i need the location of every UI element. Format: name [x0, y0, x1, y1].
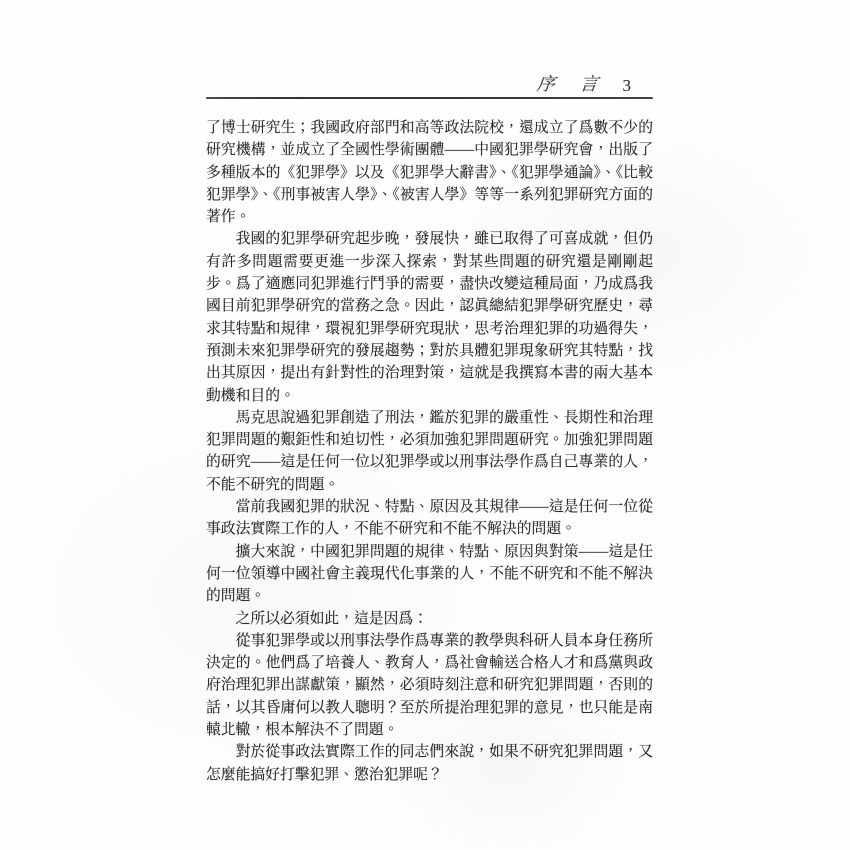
paragraph: 擴大來說，中國犯罪問題的規律、特點、原因與對策——這是任何一位領導中國社會主義現…: [206, 541, 653, 608]
paragraph: 馬克思說過犯罪創造了刑法，鑑於犯罪的嚴重性、長期性和治理犯罪問題的艱鉅性和迫切性…: [206, 407, 653, 496]
paragraph: 對於從事政法實際工作的同志們來說，如果不研究犯罪問題，又怎麼能搞好打擊犯罪、懲治…: [206, 741, 653, 786]
page-number: 3: [623, 76, 632, 96]
header-rule: [206, 97, 653, 99]
section-title-char-2: 言: [578, 70, 600, 96]
body-text-block: 了博士研究生；我國政府部門和高等政法院校，還成立了爲數不少的研究機構，並成立了全…: [206, 117, 653, 786]
section-title-char-1: 序: [535, 70, 557, 96]
running-head: 序 言 3: [207, 72, 653, 96]
paragraph: 了博士研究生；我國政府部門和高等政法院校，還成立了爲數不少的研究機構，並成立了全…: [206, 117, 653, 228]
paragraph: 我國的犯罪學研究起步晚，發展快，雖已取得了可喜成就，但仍有許多問題需要更進一步深…: [206, 228, 653, 406]
paragraph: 當前我國犯罪的狀況、特點、原因及其規律——這是任何一位從事政法實際工作的人，不能…: [206, 496, 653, 541]
paragraph: 之所以必須如此，這是因爲：: [206, 608, 653, 630]
paragraph: 從事犯罪學或以刑事法學作爲專業的教學與科研人員本身任務所決定的。他們爲了培養人、…: [206, 630, 653, 741]
scanned-book-page: 序 言 3 了博士研究生；我國政府部門和高等政法院校，還成立了爲數不少的研究機構…: [0, 0, 850, 850]
